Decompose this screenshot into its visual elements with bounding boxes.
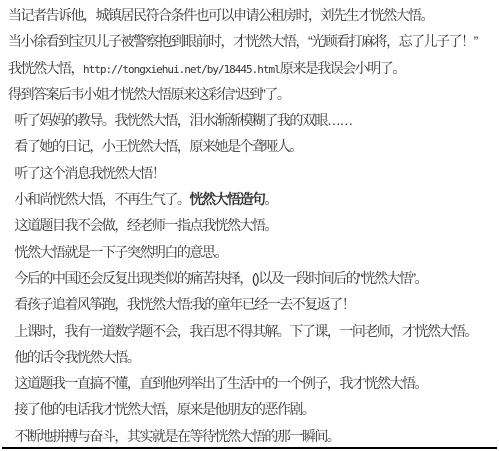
list-marker: 、 xyxy=(8,344,12,370)
sentence-text: 我恍然大悟，http://tongxiehui.net/by/18445.htm… xyxy=(8,60,405,76)
sentence-list: 当记者告诉他，城镇居民符合条件也可以申请公租房时，刘先生才恍然大悟。 当小徐看到… xyxy=(0,0,499,449)
sentence-line: 、 他的话令我恍然大悟。 xyxy=(8,344,499,370)
sentence-text: 上课时，我有一道数学题不会，我百思不得其解。下了课，一问老师，才恍然大悟。 xyxy=(14,323,477,339)
sentence-text: 这道题目我不会做，经老师一指点我恍然大悟。 xyxy=(14,217,277,233)
sentence-segment: 原来是我误会小明了。 xyxy=(280,60,405,76)
bottom-divider xyxy=(2,447,497,449)
list-marker: 、 xyxy=(8,133,12,159)
sentence-segment: 当记者告诉他，城镇居民符合条件也可以申请公租房时，刘先生才恍然大悟。 xyxy=(8,7,433,23)
sentence-line: 、 上课时，我有一道数学题不会，我百思不得其解。下了课，一问老师，才恍然大悟。 xyxy=(8,318,499,344)
sentence-segment: 这道题目我不会做，经老师一指点我恍然大悟。 xyxy=(14,217,277,233)
list-marker: 、 xyxy=(8,186,12,212)
bold-keyword: 恍然大悟造句 xyxy=(189,191,264,207)
list-marker: 、 xyxy=(8,265,12,291)
sentence-text: 接了他的电话我才恍然大悟，原来是他朋友的恶作剧。 xyxy=(14,401,314,417)
sentence-text: 今后的中国还会反复出现类似的痛苦抉择，()以及一段时间后的“恍然大悟”。 xyxy=(14,270,427,286)
sentence-text: 他的话令我恍然大悟。 xyxy=(14,349,139,365)
sentence-segment: 看孩子追着风筝跑，我恍然大悟:我的童年已经一去不复返了！ xyxy=(14,296,354,312)
sentence-line: 、 小和尚恍然大悟，不再生气了。恍然大悟造句。 xyxy=(8,186,499,212)
sentence-text: 这道题我一直搞不懂，直到他列举出了生活中的一个例子，我才恍然大悟。 xyxy=(14,375,427,391)
list-marker: 、 xyxy=(8,370,12,396)
sentence-line: 、 接了他的电话我才恍然大悟，原来是他朋友的恶作剧。 xyxy=(8,396,499,422)
list-marker: 、 xyxy=(8,291,12,317)
sentence-text: 听了这个消息我恍然大悟！ xyxy=(14,165,164,181)
sentence-line: 、 恍然大悟就是一下子突然明白的意思。 xyxy=(8,239,499,265)
sentence-segment: 接了他的电话我才恍然大悟，原来是他朋友的恶作剧。 xyxy=(14,401,314,417)
list-marker: 、 xyxy=(8,239,12,265)
sentence-line: 、 听了妈妈的教导。我恍然大悟，泪水渐渐模糊了我的双眼…… xyxy=(8,107,499,133)
list-marker: 、 xyxy=(8,107,12,133)
sentence-segment: 我恍然大悟， xyxy=(8,60,83,76)
sentence-line: 当记者告诉他，城镇居民符合条件也可以申请公租房时，刘先生才恍然大悟。 xyxy=(8,2,499,28)
sentence-text: 恍然大悟就是一下子突然明白的意思。 xyxy=(14,244,227,260)
sentence-segment: 当小徐看到宝贝儿子被警察抱到眼前时，才恍然大悟，“光顾看打麻将，忘了儿子了！” xyxy=(8,33,477,49)
list-marker: 、 xyxy=(8,396,12,422)
sentence-line: 、 不断地拼搏与奋斗，其实就是在等待恍然大悟的那一瞬间。 xyxy=(8,423,499,449)
sentence-line: 得到答案后韦小姐才恍然大悟原来这彩信“迟到”了。 xyxy=(8,81,499,107)
list-marker: 、 xyxy=(8,212,12,238)
sentence-segment: 看了她的日记，小王恍然大悟，原来她是个聋哑人。 xyxy=(14,138,302,154)
sentence-text: 小和尚恍然大悟，不再生气了。恍然大悟造句。 xyxy=(14,191,277,207)
sentence-segment: 这道题我一直搞不懂，直到他列举出了生活中的一个例子，我才恍然大悟。 xyxy=(14,375,427,391)
sentence-text: 听了妈妈的教导。我恍然大悟，泪水渐渐模糊了我的双眼…… xyxy=(14,112,352,128)
sentence-segment: 听了这个消息我恍然大悟！ xyxy=(14,165,164,181)
sentence-text: 当记者告诉他，城镇居民符合条件也可以申请公租房时，刘先生才恍然大悟。 xyxy=(8,7,433,23)
sentence-segment: 不断地拼搏与奋斗，其实就是在等待恍然大悟的那一瞬间。 xyxy=(14,428,339,444)
sentence-text: 得到答案后韦小姐才恍然大悟原来这彩信“迟到”了。 xyxy=(8,86,289,102)
sentence-segment: 得到答案后韦小姐才恍然大悟原来这彩信“迟到”了。 xyxy=(8,86,289,102)
sentence-line: 、 看孩子追着风筝跑，我恍然大悟:我的童年已经一去不复返了！ xyxy=(8,291,499,317)
sentence-line: 、 今后的中国还会反复出现类似的痛苦抉择，()以及一段时间后的“恍然大悟”。 xyxy=(8,265,499,291)
sentence-segment: 今后的中国还会反复出现类似的痛苦抉择，()以及一段时间后的“恍然大悟”。 xyxy=(14,270,427,286)
sentence-line: 、 看了她的日记，小王恍然大悟，原来她是个聋哑人。 xyxy=(8,133,499,159)
list-marker: 、 xyxy=(8,318,12,344)
sentence-segment: 他的话令我恍然大悟。 xyxy=(14,349,139,365)
sentence-text: 不断地拼搏与奋斗，其实就是在等待恍然大悟的那一瞬间。 xyxy=(14,428,339,444)
sentence-page: 当记者告诉他，城镇居民符合条件也可以申请公租房时，刘先生才恍然大悟。 当小徐看到… xyxy=(0,0,499,451)
sentence-segment: 小和尚恍然大悟，不再生气了。 xyxy=(14,191,189,207)
sentence-line: 当小徐看到宝贝儿子被警察抱到眼前时，才恍然大悟，“光顾看打麻将，忘了儿子了！” xyxy=(8,28,499,54)
sentence-line: 、 听了这个消息我恍然大悟！ xyxy=(8,160,499,186)
sentence-segment: 上课时，我有一道数学题不会，我百思不得其解。下了课，一问老师，才恍然大悟。 xyxy=(14,323,477,339)
sentence-line: 我恍然大悟，http://tongxiehui.net/by/18445.htm… xyxy=(8,55,499,81)
list-marker: 、 xyxy=(8,160,12,186)
sentence-segment: 听了妈妈的教导。我恍然大悟，泪水渐渐模糊了我的双眼…… xyxy=(14,112,352,128)
url-text: http://tongxiehui.net/by/18445.html xyxy=(83,63,280,76)
sentence-text: 看了她的日记，小王恍然大悟，原来她是个聋哑人。 xyxy=(14,138,302,154)
sentence-line: 、 这道题目我不会做，经老师一指点我恍然大悟。 xyxy=(8,212,499,238)
sentence-segment: 恍然大悟就是一下子突然明白的意思。 xyxy=(14,244,227,260)
sentence-text: 看孩子追着风筝跑，我恍然大悟:我的童年已经一去不复返了！ xyxy=(14,296,354,312)
list-marker: 、 xyxy=(8,423,12,449)
sentence-text: 当小徐看到宝贝儿子被警察抱到眼前时，才恍然大悟，“光顾看打麻将，忘了儿子了！” xyxy=(8,33,477,49)
sentence-line: 、 这道题我一直搞不懂，直到他列举出了生活中的一个例子，我才恍然大悟。 xyxy=(8,370,499,396)
sentence-segment: 。 xyxy=(264,191,277,207)
